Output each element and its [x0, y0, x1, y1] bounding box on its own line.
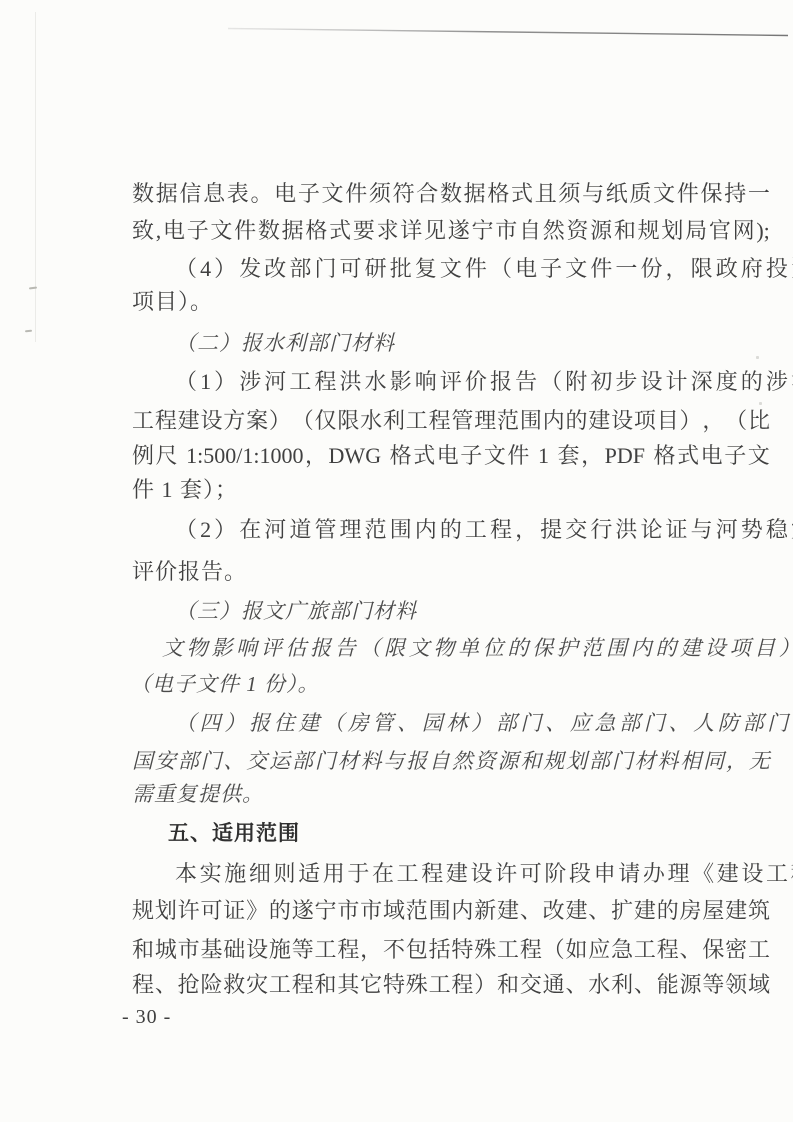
body-line-flood-report-1: （1）涉河工程洪水影响评价报告（附初步设计深度的涉河	[132, 365, 793, 399]
body-line-heritage-report-2: （电子文件 1 份）。	[130, 667, 768, 701]
scan-speck	[25, 330, 32, 333]
section-label-housing-dept-3: 需重复提供。	[132, 777, 770, 811]
section-label-water-dept: （二）报水利部门材料	[132, 326, 793, 360]
body-line-flood-report-2: 工程建设方案）（仅限水利工程管理范围内的建设项目），（比	[132, 404, 770, 438]
scan-fold-line	[35, 12, 36, 342]
body-line-data-info-2: 致,电子文件数据格式要求详见遂宁市自然资源和规划局官网);	[132, 214, 770, 248]
body-line-scope-3: 和城市基础设施等工程，不包括特殊工程（如应急工程、保密工	[132, 933, 770, 967]
body-line-river-course-2: 评价报告。	[132, 555, 770, 589]
body-line-scope-2: 规划许可证》的遂宁市市域范围内新建、改建、扩建的房屋建筑	[132, 894, 770, 928]
section-label-culture-tourism-dept: （三）报文广旅部门材料	[132, 594, 793, 628]
body-line-flood-report-3: 例尺 1:500/1:1000，DWG 格式电子文件 1 套，PDF 格式电子文	[132, 439, 770, 473]
scan-artifact-line	[0, 0, 793, 60]
heading-applicable-scope: 五、适用范围	[168, 817, 300, 851]
section-label-housing-dept-1: （四）报住建（房管、园林）部门、应急部门、人防部门、	[132, 706, 793, 740]
scanned-document-page: 数据信息表。电子文件须符合数据格式且须与纸质文件保持一 致,电子文件数据格式要求…	[0, 0, 793, 1122]
body-line-river-course-1: （2）在河道管理范围内的工程，提交行洪论证与河势稳定	[132, 513, 793, 547]
body-line-item4-2: 项目）。	[132, 285, 770, 319]
body-line-heritage-report-1: 文物影响评估报告（限文物单位的保护范围内的建设项目）	[132, 631, 793, 665]
body-line-item4-1: （4）发改部门可研批复文件（电子文件一份，限政府投资	[132, 252, 793, 286]
body-line-scope-4: 程、抢险救灾工程和其它特殊工程）和交通、水利、能源等领域	[132, 968, 770, 1002]
body-line-data-info-1: 数据信息表。电子文件须符合数据格式且须与纸质文件保持一	[132, 177, 770, 211]
section-label-housing-dept-2: 国安部门、交运部门材料与报自然资源和规划部门材料相同，无	[132, 744, 770, 778]
body-line-scope-1: 本实施细则适用于在工程建设许可阶段申请办理《建设工程	[132, 857, 793, 891]
body-line-flood-report-4: 件 1 套）；	[132, 473, 770, 507]
page-number: - 30 -	[122, 1002, 171, 1032]
